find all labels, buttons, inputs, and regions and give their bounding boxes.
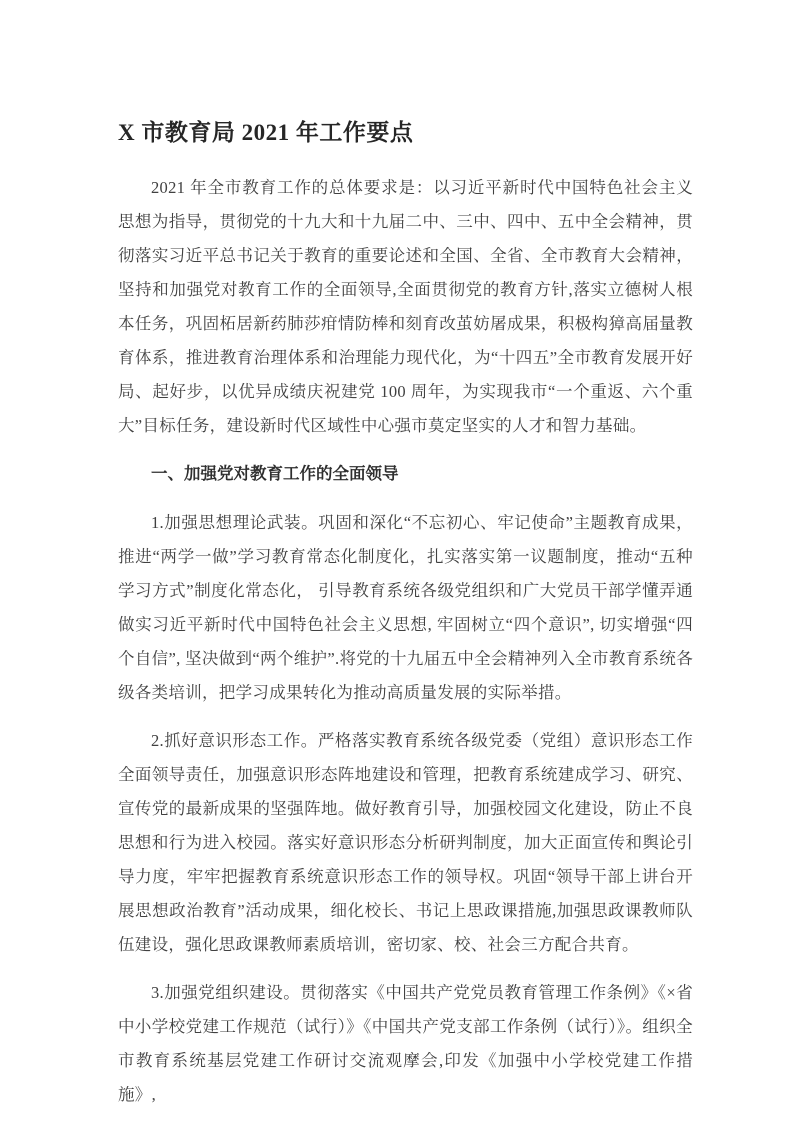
section-1-paragraph-2: 2.抓好意识形态工作。严格落实教育系统各级党委（党组）意识形态工作全面领导责任，… <box>118 724 693 962</box>
section-1-paragraph-1: 1.加强思想理论武装。巩固和深化“不忘初心、牢记使命”主题教育成果，推进“两学一… <box>118 506 693 710</box>
document-page: X 市教育局 2021 年工作要点 2021 年全市教育工作的总体要求是：以习近… <box>0 0 793 1122</box>
section-1-paragraph-3: 3.加强党组织建设。贯彻落实《中国共产党党员教育管理工作条例》《×省中小学校党建… <box>118 976 693 1112</box>
section-1-heading: 一、加强党对教育工作的全面领导 <box>118 463 693 486</box>
page-title: X 市教育局 2021 年工作要点 <box>118 120 693 145</box>
intro-paragraph: 2021 年全市教育工作的总体要求是：以习近平新时代中国特色社会主义思想为指导，… <box>118 171 693 443</box>
